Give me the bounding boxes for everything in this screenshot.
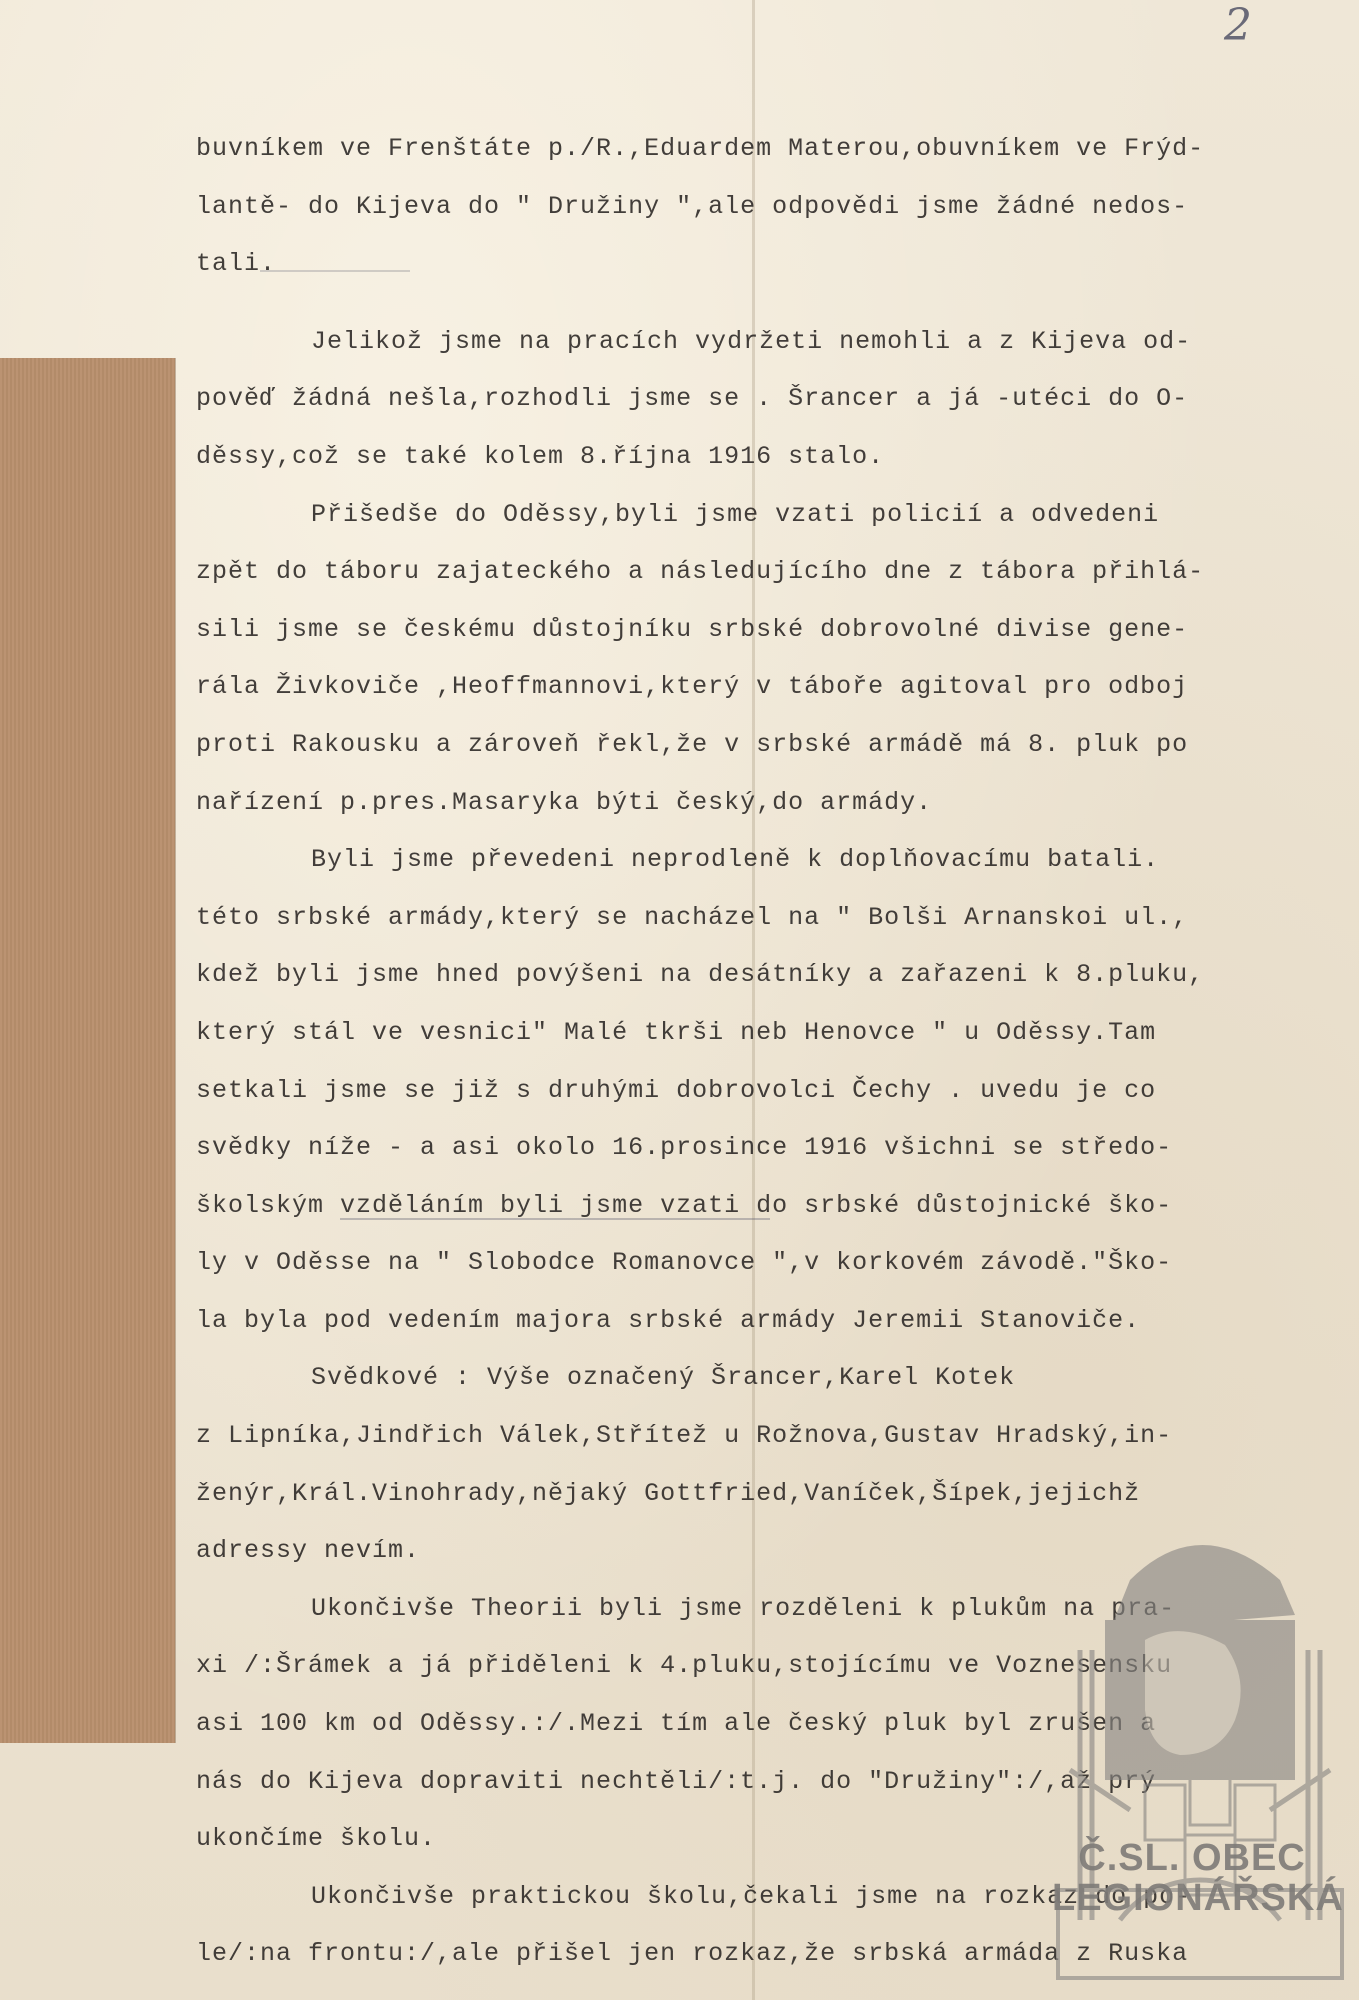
text-line: školským vzděláním byli jsme vzati do sr… [196, 1177, 1296, 1235]
page-number: 2 [1224, 0, 1252, 51]
text-line: zpět do táboru zajateckého a následující… [196, 543, 1296, 601]
text-line: buvníkem ve Frenštáte p./R.,Eduardem Mat… [196, 120, 1296, 178]
text-line: z Lipníka,Jindřich Válek,Střítež u Rožno… [196, 1407, 1296, 1465]
stamp-line-2: LEGIONÁŘSKÁ [1052, 1878, 1332, 1918]
text-line: této srbské armády,který se nacházel na … [196, 889, 1296, 947]
stamp-label: Č.SL. OBEC LEGIONÁŘSKÁ [1052, 1838, 1332, 1918]
text-line: sili jsme se českému důstojníku srbské d… [196, 601, 1296, 659]
text-line: tali. [196, 235, 1296, 293]
text-line: který stál ve vesnici" Malé tkrši neb He… [196, 1004, 1296, 1062]
text-line: setkali jsme se již s druhými dobrovolci… [196, 1062, 1296, 1120]
paragraph-start: Jelikož jsme na pracích vydržeti nemohli… [196, 313, 1296, 371]
paragraph-start: Byli jsme převedeni neprodleně k doplňov… [196, 831, 1296, 889]
text-line: la byla pod vedením majora srbské armády… [196, 1292, 1296, 1350]
witnesses-heading: Svědkové : Výše označený Šrancer,Karel K… [196, 1349, 1296, 1407]
text-line: lantě- do Kijeva do " Družiny ",ale odpo… [196, 178, 1296, 236]
text-line: svědky níže - a asi okolo 16.prosince 19… [196, 1119, 1296, 1177]
text-line: kdež byli jsme hned povýšeni na desátník… [196, 946, 1296, 1004]
blank-line [196, 293, 1296, 313]
paper-tape-strip [0, 358, 175, 1743]
text-line: ženýr,Král.Vinohrady,nějaký Gottfried,Va… [196, 1465, 1296, 1523]
text-line: nařízení p.pres.Masaryka býti český,do a… [196, 774, 1296, 832]
text-line: rála Živkoviče ,Heoffmannovi,který v táb… [196, 658, 1296, 716]
text-line: děssy,což se také kolem 8.října 1916 sta… [196, 428, 1296, 486]
stamp-line-1: Č.SL. OBEC [1052, 1838, 1332, 1878]
text-line: ly v Oděsse na " Slobodce Romanovce ",v … [196, 1234, 1296, 1292]
paragraph-start: Přišedše do Oděssy,byli jsme vzati polic… [196, 486, 1296, 544]
text-line: proti Rakousku a zároveň řekl,že v srbsk… [196, 716, 1296, 774]
text-line: pověď žádná nešla,rozhodli jsme se . Šra… [196, 370, 1296, 428]
